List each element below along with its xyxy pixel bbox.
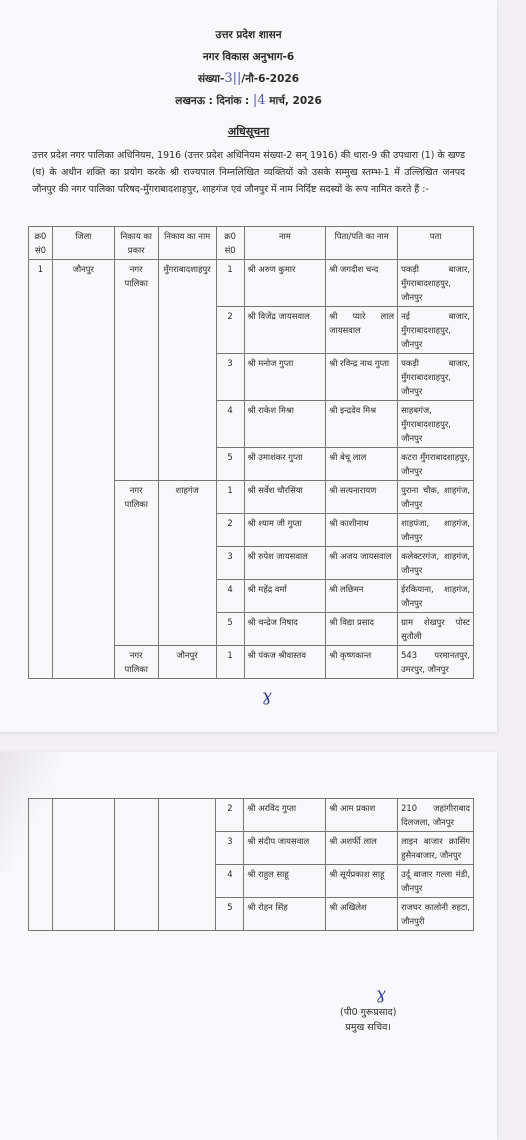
address-cell: राजघर कालोनी रुहटा, जौनपुरी bbox=[398, 898, 474, 931]
member-name-cell: श्री महेंद्र वर्मा bbox=[244, 580, 326, 613]
district-cell bbox=[52, 799, 114, 931]
table-header-row: क्र0 सं0जिलानिकाय का प्रकारनिकाय का नामक… bbox=[29, 227, 474, 260]
member-serial-cell: 5 bbox=[216, 898, 244, 931]
member-serial-cell: 4 bbox=[216, 401, 244, 448]
member-name-cell: श्री राकेश मिश्रा bbox=[244, 401, 326, 448]
member-name-cell: श्री अरविंद गुप्ता bbox=[244, 799, 326, 832]
member-name-cell: श्री सर्वेश चौरसिया bbox=[244, 481, 326, 514]
member-serial-cell: 3 bbox=[216, 547, 244, 580]
member-serial-cell: 1 bbox=[216, 260, 244, 307]
address-cell: कलेक्टरगंज, शाहगंज, जौनपुर bbox=[398, 547, 474, 580]
government-name: उत्तर प्रदेश शासन bbox=[0, 24, 497, 46]
column-header: निकाय का नाम bbox=[158, 227, 216, 260]
father-name-cell: श्री बेचू लाल bbox=[326, 448, 398, 481]
notification-title: अधिसूचना bbox=[0, 124, 497, 139]
body-name-cell: मुँगराबादशाहपुर bbox=[158, 260, 216, 481]
address-cell: साहबगंज, मुँगराबादशाहपुर, जौनपुर bbox=[398, 401, 474, 448]
signatory-name: (पी0 गुरूप्रसाद) bbox=[340, 1005, 396, 1020]
member-serial-cell: 4 bbox=[216, 865, 244, 898]
notification-body: उत्तर प्रदेश नगर पालिका अधिनियम, 1916 (उ… bbox=[32, 147, 465, 198]
signature-block: (पी0 गुरूप्रसाद) प्रमुख सचिव। bbox=[340, 1005, 396, 1035]
member-serial-cell: 2 bbox=[216, 307, 244, 354]
serial-cell: 1 bbox=[29, 260, 53, 679]
column-header: जिला bbox=[52, 227, 114, 260]
column-header: नाम bbox=[244, 227, 326, 260]
serial-cell bbox=[29, 799, 53, 931]
member-serial-cell: 1 bbox=[216, 481, 244, 514]
father-name-cell: श्री सूर्यप्रकाश साहू bbox=[326, 865, 398, 898]
father-name-cell: श्री रविन्द्र नाथ गुप्ता bbox=[326, 354, 398, 401]
date-line: लखनऊ : दिनांक : |4 मार्च, 2026 bbox=[0, 90, 497, 112]
member-serial-cell: 4 bbox=[216, 580, 244, 613]
member-serial-cell: 2 bbox=[216, 514, 244, 547]
reference-number: संख्या-3||/नौ-6-2026 bbox=[0, 68, 497, 90]
column-header: पिता/पति का नाम bbox=[326, 227, 398, 260]
initials-mark: ɣ bbox=[262, 686, 272, 705]
body-type-cell: नगर पालिका bbox=[114, 646, 158, 679]
member-serial-cell: 3 bbox=[216, 832, 244, 865]
member-name-cell: श्री राहुल साहू bbox=[244, 865, 326, 898]
address-cell: पकड़ी बाजार, मुँगराबादशाहपुर, जौनपुर bbox=[398, 354, 474, 401]
body-name-cell: जौनपुर bbox=[158, 646, 216, 679]
member-name-cell: श्री मनोज गुप्ता bbox=[244, 354, 326, 401]
address-cell: शाहपंजा, शाहगंज, जौनपुर bbox=[398, 514, 474, 547]
body-name-cell: शाहगंज bbox=[158, 481, 216, 646]
body-name-cell bbox=[158, 799, 216, 931]
member-serial-cell: 5 bbox=[216, 613, 244, 646]
address-cell: 543 परमानतपुर, उमरपुर, जौनपुर bbox=[398, 646, 474, 679]
member-serial-cell: 5 bbox=[216, 448, 244, 481]
father-name-cell: श्री प्यारे लाल जायसवाल bbox=[326, 307, 398, 354]
table-row: 1जौनपुरनगर पालिकामुँगराबादशाहपुर1श्री अर… bbox=[29, 260, 474, 307]
address-cell: कटरा मुँगराबादशाहपुर, जौनपुर bbox=[398, 448, 474, 481]
member-name-cell: श्री श्याम जी गुप्ता bbox=[244, 514, 326, 547]
document-page-1: उत्तर प्रदेश शासन नगर विकास अनुभाग-6 संख… bbox=[0, 0, 497, 732]
address-cell: लाइन बाजार क्रासिंग हुसैनबाजार, जौनपुर bbox=[398, 832, 474, 865]
address-cell: ग्राम शेखपुर पोस्ट सुतौली bbox=[398, 613, 474, 646]
father-name-cell: श्री काशीनाथ bbox=[326, 514, 398, 547]
member-name-cell: श्री उमाशंकर गुप्ता bbox=[244, 448, 326, 481]
member-name-cell: श्री रुपेश जायसवाल bbox=[244, 547, 326, 580]
members-table-part-1: क्र0 सं0जिलानिकाय का प्रकारनिकाय का नामक… bbox=[28, 226, 474, 679]
address-cell: ईरकियाना, शाहगंज, जौनपुर bbox=[398, 580, 474, 613]
handwritten-date: |4 bbox=[253, 93, 266, 108]
column-header: क्र0 सं0 bbox=[29, 227, 53, 260]
member-serial-cell: 3 bbox=[216, 354, 244, 401]
father-name-cell: श्री आम प्रकाश bbox=[326, 799, 398, 832]
member-serial-cell: 2 bbox=[216, 799, 244, 832]
handwritten-number: 3|| bbox=[224, 71, 241, 86]
member-name-cell: श्री संदीप जायसवाल bbox=[244, 832, 326, 865]
member-name-cell: श्री अरुण कुमार bbox=[244, 260, 326, 307]
column-header: निकाय का प्रकार bbox=[114, 227, 158, 260]
member-serial-cell: 1 bbox=[216, 646, 244, 679]
address-cell: पुराना चौक, शाहगंज, जौनपुर bbox=[398, 481, 474, 514]
member-name-cell: श्री रोहन सिंह bbox=[244, 898, 326, 931]
column-header: क्र0 सं0 bbox=[216, 227, 244, 260]
body-type-cell bbox=[114, 799, 158, 931]
address-cell: 210 जहांगीराबाद दिलजला, जौनपुर bbox=[398, 799, 474, 832]
document-header: उत्तर प्रदेश शासन नगर विकास अनुभाग-6 संख… bbox=[0, 0, 497, 112]
father-name-cell: श्री अशर्फी लाल bbox=[326, 832, 398, 865]
address-cell: नई बाजार, मुँगराबादशाहपुर, जौनपुर bbox=[398, 307, 474, 354]
father-name-cell: श्री लछिमन bbox=[326, 580, 398, 613]
table-row: 2श्री अरविंद गुप्ताश्री आम प्रकाश210 जहा… bbox=[29, 799, 474, 832]
signatory-designation: प्रमुख सचिव। bbox=[340, 1020, 396, 1035]
department-name: नगर विकास अनुभाग-6 bbox=[0, 46, 497, 68]
member-name-cell: श्री पंकज श्रीवास्तव bbox=[244, 646, 326, 679]
signature-mark: ɣ bbox=[376, 984, 386, 1003]
address-cell: पकड़ी बाजार, मुँगराबादशाहपुर, जौनपुर bbox=[398, 260, 474, 307]
father-name-cell: श्री सत्यनारायण bbox=[326, 481, 398, 514]
father-name-cell: श्री जगदीश चन्द bbox=[326, 260, 398, 307]
body-type-cell: नगर पालिका bbox=[114, 481, 158, 646]
members-table-part-2: 2श्री अरविंद गुप्ताश्री आम प्रकाश210 जहा… bbox=[28, 798, 474, 931]
father-name-cell: श्री कृष्णकान्त bbox=[326, 646, 398, 679]
body-type-cell: नगर पालिका bbox=[114, 260, 158, 481]
father-name-cell: श्री इन्द्रदेव मिश्र bbox=[326, 401, 398, 448]
member-name-cell: श्री विजेंद्र जायसवाल bbox=[244, 307, 326, 354]
address-cell: उर्दू बाजार गल्ला मंडी, जौनपुर bbox=[398, 865, 474, 898]
column-header: पता bbox=[398, 227, 474, 260]
member-name-cell: श्री चन्द्रेज निषाद bbox=[244, 613, 326, 646]
father-name-cell: श्री विद्या प्रसाद bbox=[326, 613, 398, 646]
father-name-cell: श्री अजय जायसवाल bbox=[326, 547, 398, 580]
district-cell: जौनपुर bbox=[52, 260, 114, 679]
father-name-cell: श्री अखिलेश bbox=[326, 898, 398, 931]
